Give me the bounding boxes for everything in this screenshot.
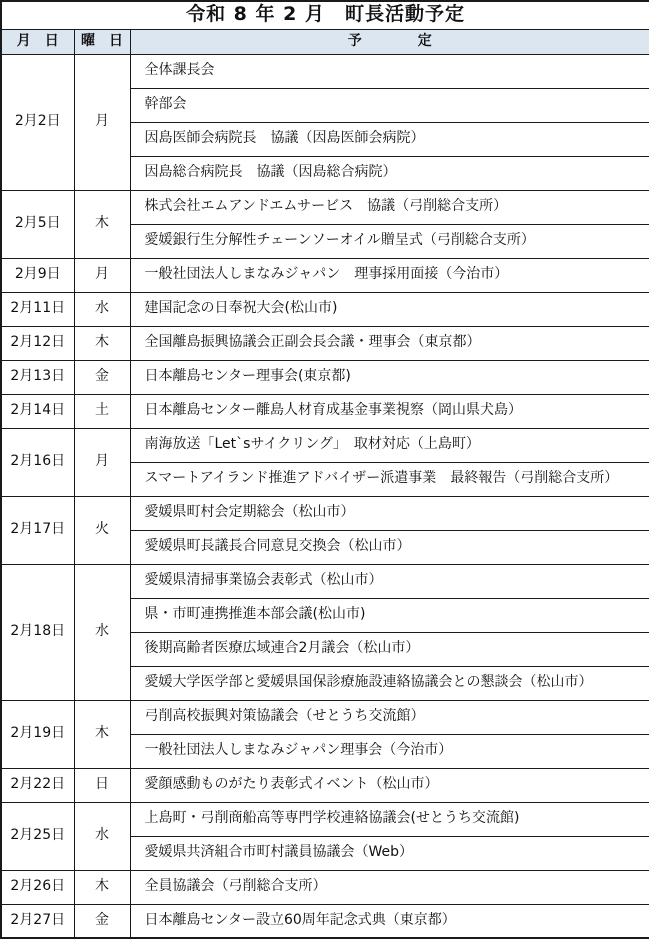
weekday-cell: 木 <box>74 700 130 768</box>
date-cell: 2月26日 <box>1 870 74 904</box>
activity-schedule-table: 令和 8 年 2 月 町長活動予定 月 日 曜 日 予 定 2月2日月全体課長会… <box>0 0 649 939</box>
schedule-row: 2月2日月全体課長会 <box>1 54 649 88</box>
schedule-item: 一般社団法人しまなみジャパン理事会（今治市） <box>130 734 649 768</box>
schedule-item: 株式会社エムアンドエムサービス 協議（弓削総合支所） <box>130 190 649 224</box>
schedule-item: 愛顔感動ものがたり表彰式イベント（松山市） <box>130 768 649 802</box>
title-row: 令和 8 年 2 月 町長活動予定 <box>1 1 649 29</box>
schedule-row: 2月16日月南海放送「Let`sサイクリング」 取材対応（上島町） <box>1 428 649 462</box>
date-cell: 2月18日 <box>1 564 74 700</box>
date-cell: 2月17日 <box>1 496 74 564</box>
schedule-row: 2月27日金日本離島センター設立60周年記念式典（東京都） <box>1 904 649 938</box>
schedule-item: 日本離島センター設立60周年記念式典（東京都） <box>130 904 649 938</box>
schedule-item: 愛媛県清掃事業協会表彰式（松山市） <box>130 564 649 598</box>
weekday-cell: 月 <box>74 428 130 496</box>
schedule-item: 愛媛県町村会定期総会（松山市） <box>130 496 649 530</box>
schedule-item: 愛媛大学医学部と愛媛県国保診療施設連絡協議会との懇談会（松山市） <box>130 666 649 700</box>
schedule-item: 愛媛県共済組合市町村議員協議会（Web） <box>130 836 649 870</box>
weekday-cell: 日 <box>74 768 130 802</box>
column-header-date: 月 日 <box>1 29 74 54</box>
schedule-row: 2月19日木弓削高校振興対策協議会（せとうち交流館） <box>1 700 649 734</box>
date-cell: 2月12日 <box>1 326 74 360</box>
schedule-item: 全員協議会（弓削総合支所） <box>130 870 649 904</box>
table-header-row: 月 日 曜 日 予 定 <box>1 29 649 54</box>
weekday-cell: 月 <box>74 258 130 292</box>
schedule-item: 全体課長会 <box>130 54 649 88</box>
schedule-row: 2月17日火愛媛県町村会定期総会（松山市） <box>1 496 649 530</box>
schedule-row: 2月9日月一般社団法人しまなみジャパン 理事採用面接（今治市） <box>1 258 649 292</box>
schedule-item: 一般社団法人しまなみジャパン 理事採用面接（今治市） <box>130 258 649 292</box>
schedule-item: 愛媛県町長議長合同意見交換会（松山市） <box>130 530 649 564</box>
schedule-row: 2月5日木株式会社エムアンドエムサービス 協議（弓削総合支所） <box>1 190 649 224</box>
date-cell: 2月16日 <box>1 428 74 496</box>
schedule-row: 2月14日土日本離島センター離島人材育成基金事業視察（岡山県犬島） <box>1 394 649 428</box>
weekday-cell: 火 <box>74 496 130 564</box>
schedule-item: 因島医師会病院長 協議（因島医師会病院） <box>130 122 649 156</box>
schedule-row: 2月11日水建国記念の日奉祝大会(松山市) <box>1 292 649 326</box>
date-cell: 2月11日 <box>1 292 74 326</box>
weekday-cell: 水 <box>74 802 130 870</box>
date-cell: 2月2日 <box>1 54 74 190</box>
date-cell: 2月13日 <box>1 360 74 394</box>
schedule-row: 2月13日金日本離島センター理事会(東京都) <box>1 360 649 394</box>
date-cell: 2月9日 <box>1 258 74 292</box>
schedule-item: 上島町・弓削商船高等専門学校連絡協議会(せとうち交流館) <box>130 802 649 836</box>
date-cell: 2月25日 <box>1 802 74 870</box>
weekday-cell: 水 <box>74 292 130 326</box>
schedule-item: 弓削高校振興対策協議会（せとうち交流館） <box>130 700 649 734</box>
schedule-item: 日本離島センター離島人材育成基金事業視察（岡山県犬島） <box>130 394 649 428</box>
weekday-cell: 月 <box>74 54 130 190</box>
schedule-item: 後期高齢者医療広域連合2月議会（松山市） <box>130 632 649 666</box>
schedule-row: 2月26日木全員協議会（弓削総合支所） <box>1 870 649 904</box>
schedule-table-body: 令和 8 年 2 月 町長活動予定 月 日 曜 日 予 定 2月2日月全体課長会… <box>1 1 649 938</box>
date-cell: 2月14日 <box>1 394 74 428</box>
schedule-item: 幹部会 <box>130 88 649 122</box>
schedule-item: 因島総合病院長 協議（因島総合病院） <box>130 156 649 190</box>
page-title: 令和 8 年 2 月 町長活動予定 <box>1 1 649 29</box>
schedule-item: 愛媛銀行生分解性チェーンソーオイル贈呈式（弓削総合支所） <box>130 224 649 258</box>
schedule-item: 建国記念の日奉祝大会(松山市) <box>130 292 649 326</box>
column-header-weekday: 曜 日 <box>74 29 130 54</box>
date-cell: 2月19日 <box>1 700 74 768</box>
schedule-item: 南海放送「Let`sサイクリング」 取材対応（上島町） <box>130 428 649 462</box>
date-cell: 2月22日 <box>1 768 74 802</box>
column-header-schedule: 予 定 <box>130 29 649 54</box>
schedule-item: スマートアイランド推進アドバイザー派遣事業 最終報告（弓削総合支所） <box>130 462 649 496</box>
schedule-item: 県・市町連携推進本部会議(松山市) <box>130 598 649 632</box>
date-cell: 2月27日 <box>1 904 74 938</box>
schedule-item: 日本離島センター理事会(東京都) <box>130 360 649 394</box>
weekday-cell: 水 <box>74 564 130 700</box>
schedule-row: 2月25日水上島町・弓削商船高等専門学校連絡協議会(せとうち交流館) <box>1 802 649 836</box>
weekday-cell: 木 <box>74 870 130 904</box>
weekday-cell: 金 <box>74 904 130 938</box>
schedule-item: 全国離島振興協議会正副会長会議・理事会（東京都） <box>130 326 649 360</box>
schedule-row: 2月18日水愛媛県清掃事業協会表彰式（松山市） <box>1 564 649 598</box>
schedule-row: 2月22日日愛顔感動ものがたり表彰式イベント（松山市） <box>1 768 649 802</box>
weekday-cell: 木 <box>74 190 130 258</box>
weekday-cell: 土 <box>74 394 130 428</box>
weekday-cell: 金 <box>74 360 130 394</box>
weekday-cell: 木 <box>74 326 130 360</box>
date-cell: 2月5日 <box>1 190 74 258</box>
schedule-row: 2月12日木全国離島振興協議会正副会長会議・理事会（東京都） <box>1 326 649 360</box>
